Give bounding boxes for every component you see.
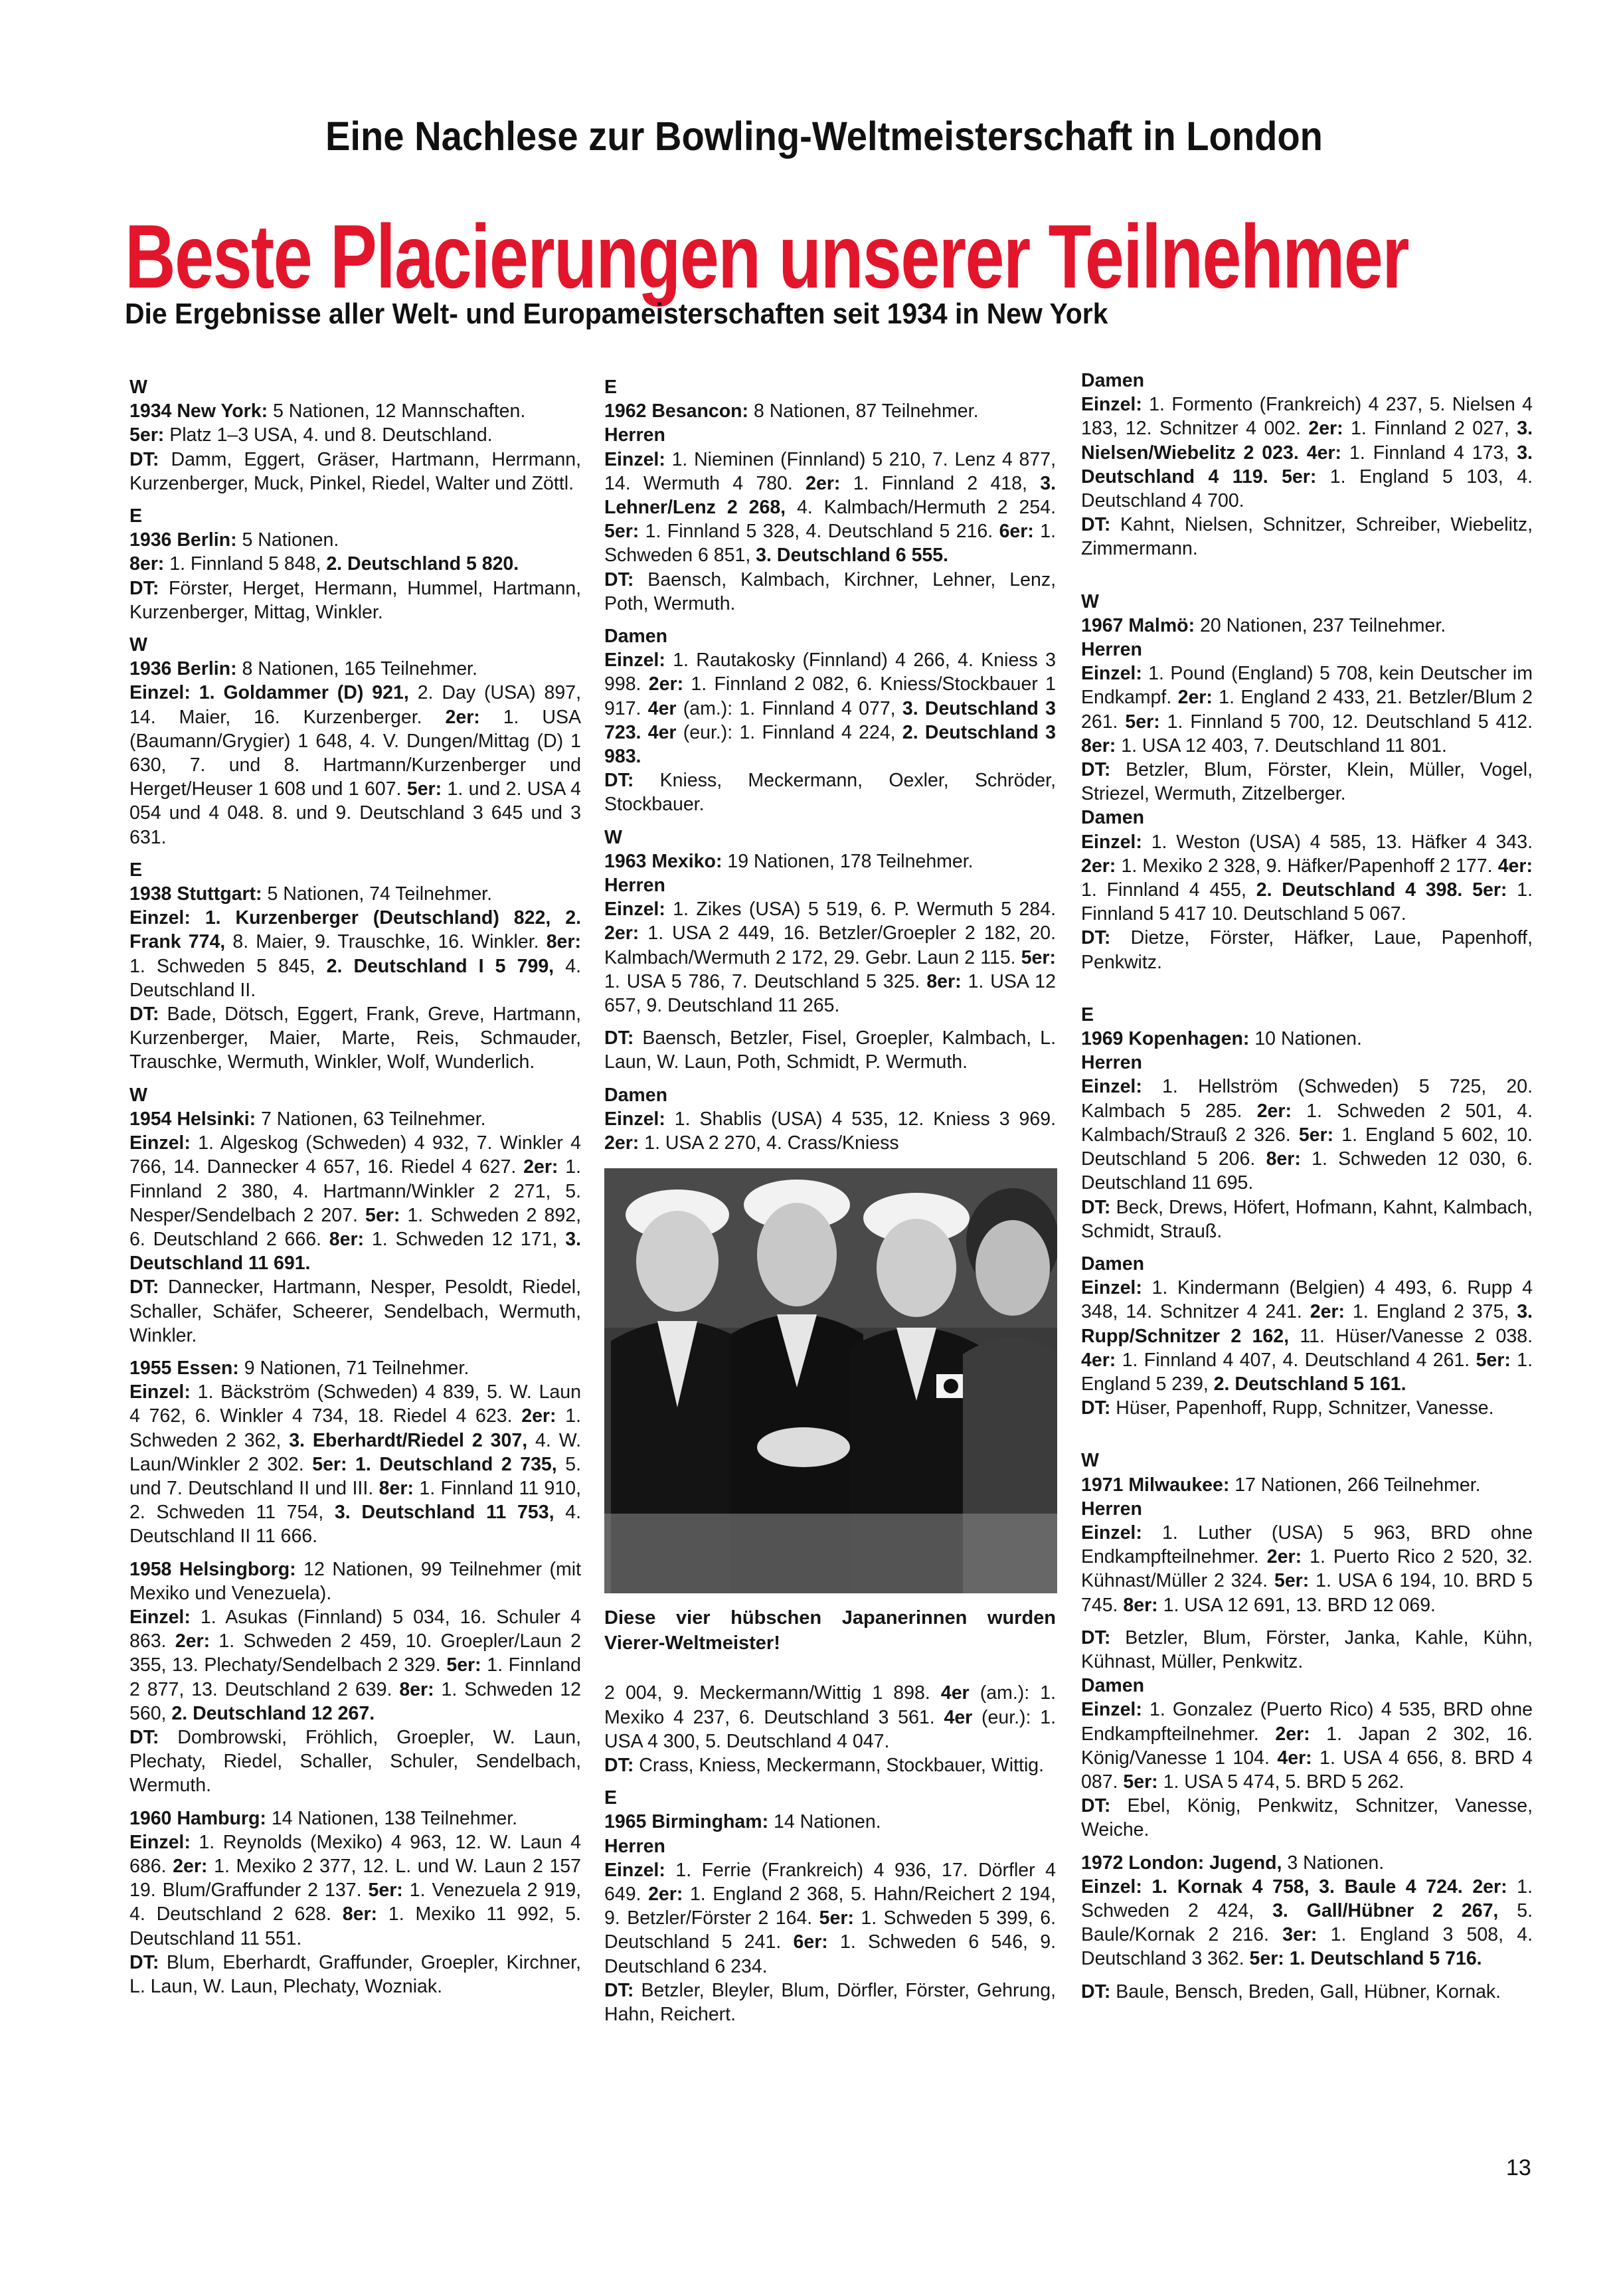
team-list: Dombrowski, Fröhlich, Groepler, W. Laun,… [129, 1727, 581, 1796]
team-list: Hüser, Papenhoff, Rupp, Schnitzer, Vanes… [1110, 1397, 1493, 1419]
column-right: Damen Einzel: 1. Formento (Frankreich) 4… [1081, 369, 1533, 2012]
entry-title: 1965 Birmingham: [604, 1811, 768, 1832]
team-photo [604, 1168, 1057, 1593]
team-list: Kniess, Meckermann, Oexler, Schröder, St… [604, 770, 1056, 815]
section-damen: Damen [1081, 370, 1144, 391]
dt-label: DT: [1081, 927, 1110, 948]
team-list: Baule, Bensch, Breden, Gall, Hübner, Kor… [1110, 1981, 1501, 2002]
team-list: Damm, Eggert, Gräser, Hartmann, Herrmann… [129, 449, 581, 494]
team-list: Ebel, König, Penkwitz, Schnitzer, Vaness… [1081, 1795, 1533, 1840]
entry-title: 1958 Helsingborg: [129, 1559, 296, 1580]
photo-illustration-icon [604, 1168, 1057, 1593]
dt-label: DT: [604, 1755, 634, 1776]
team-list: Beck, Drews, Höfert, Hofmann, Kahnt, Kal… [1081, 1197, 1533, 1242]
dt-label: DT: [129, 1004, 159, 1025]
championship-type-tag: W [1081, 1449, 1533, 1472]
championship-type-tag: E [129, 504, 581, 528]
entry-1960-hamburg: 1960 Hamburg: 14 Nationen, 138 Teilnehme… [129, 1807, 581, 1999]
championship-type-tag: E [604, 375, 1056, 399]
entry-title: 1938 Stuttgart: [129, 883, 262, 905]
entry-1934-new-york: W 1934 New York: 5 Nationen, 12 Mannscha… [129, 375, 581, 495]
team-list: Crass, Kniess, Meckermann, Stockbauer, W… [634, 1755, 1044, 1776]
section-herren: Herren [604, 875, 665, 896]
entry-1971-milwaukee: W 1971 Milwaukee: 17 Nationen, 266 Teiln… [1081, 1449, 1533, 1842]
section-damen: Damen [1081, 1253, 1144, 1275]
photo-caption: Diese vier hübschen Japanerinnen wurden … [604, 1605, 1056, 1656]
entry-1969-kopenhagen: E 1969 Kopenhagen: 10 Nationen. Herren E… [1081, 1003, 1533, 1420]
entry-title: 1934 New York: [129, 400, 268, 422]
championship-type-tag: W [1081, 590, 1533, 614]
championship-type-tag: E [604, 1786, 1056, 1810]
entry-1965-birmingham: E 1965 Birmingham: 14 Nationen. Herren E… [604, 1786, 1056, 2026]
entry-title: 1963 Mexiko: [604, 851, 722, 872]
dt-label: DT: [604, 569, 634, 590]
section-herren: Herren [1081, 639, 1142, 660]
entry-1972-london: 1972 London: Jugend, 3 Nationen. Einzel:… [1081, 1851, 1533, 2004]
championship-type-tag: E [129, 858, 581, 882]
entry-1936-berlin-world: W 1936 Berlin: 8 Nationen, 165 Teilnehme… [129, 633, 581, 849]
dt-label: DT: [604, 1980, 634, 2001]
article-subhead: Die Ergebnisse aller Welt- und Europamei… [125, 298, 1360, 331]
entry-title: 1936 Berlin: [129, 658, 237, 679]
championship-type-tag: W [129, 375, 581, 399]
dt-label: DT: [1081, 514, 1110, 535]
dt-label: DT: [1081, 1981, 1110, 2002]
section-herren: Herren [604, 1836, 665, 1857]
section-herren: Herren [604, 424, 665, 446]
entry-title: 1954 Helsinki: [129, 1108, 256, 1130]
entry-title: 1936 Berlin: [129, 529, 237, 551]
team-list: Baensch, Kalmbach, Kirchner, Lehner, Len… [604, 569, 1056, 614]
team-list: Bade, Dötsch, Eggert, Frank, Greve, Hart… [129, 1004, 581, 1073]
column-left: W 1934 New York: 5 Nationen, 12 Mannscha… [129, 375, 581, 2007]
section-damen: Damen [604, 1085, 667, 1106]
entry-title: 1967 Malmö: [1081, 615, 1195, 636]
dt-label: DT: [1081, 1197, 1110, 1218]
team-list: Baensch, Betzler, Fisel, Groepler, Kalmb… [604, 1027, 1056, 1073]
team-list: Kahnt, Nielsen, Schnitzer, Schreiber, Wi… [1081, 514, 1533, 559]
page-number: 13 [1506, 2155, 1531, 2181]
team-list: Dietze, Förster, Häfker, Laue, Papenhoff… [1081, 927, 1533, 972]
entry-1963-mexiko-continued: 2 004, 9. Meckermann/Wittig 1 898. 4er (… [604, 1681, 1056, 1777]
dt-label: DT: [604, 770, 634, 791]
dt-label: DT: [129, 578, 159, 599]
entry-1967-malmo: W 1967 Malmö: 20 Nationen, 237 Teilnehme… [1081, 590, 1533, 974]
championship-type-tag: W [604, 826, 1056, 849]
entry-1936-berlin-europe: E 1936 Berlin: 5 Nationen. 8er: 1. Finnl… [129, 504, 581, 624]
entry-1963-mexiko: W 1963 Mexiko: 19 Nationen, 178 Teilnehm… [604, 826, 1056, 1156]
championship-type-tag: W [129, 633, 581, 657]
dt-label: DT: [129, 449, 159, 470]
entry-title: 1962 Besancon: [604, 400, 748, 422]
article-headline: Beste Placierungen unserer Teilnehmer [125, 211, 1264, 302]
section-damen: Damen [1081, 1675, 1144, 1696]
section-damen: Damen [604, 626, 667, 647]
team-list: Dannecker, Hartmann, Nesper, Pesoldt, Ri… [129, 1277, 581, 1346]
dt-label: DT: [604, 1027, 634, 1049]
dt-label: DT: [129, 1727, 159, 1748]
section-damen: Damen [1081, 807, 1144, 828]
entry-title: 1971 Milwaukee: [1081, 1474, 1229, 1496]
section-herren: Herren [1081, 1052, 1142, 1073]
article-kicker: Eine Nachlese zur Bowling-Weltmeistersch… [325, 113, 1444, 159]
dt-label: DT: [1081, 1627, 1110, 1648]
team-list: Blum, Eberhardt, Graffunder, Groepler, K… [129, 1952, 581, 1997]
entry-title: 1972 London: Jugend, [1081, 1852, 1282, 1874]
dt-label: DT: [1081, 1397, 1110, 1419]
entry-1958-helsingborg: 1958 Helsingborg: 12 Nationen, 99 Teilne… [129, 1557, 581, 1798]
entry-1965-birmingham-damen: Damen Einzel: 1. Formento (Frankreich) 4… [1081, 369, 1533, 561]
entry-1938-stuttgart: E 1938 Stuttgart: 5 Nationen, 74 Teilneh… [129, 858, 581, 1075]
dt-label: DT: [1081, 759, 1110, 780]
championship-type-tag: W [129, 1083, 581, 1107]
entry-1954-helsinki: W 1954 Helsinki: 7 Nationen, 63 Teilnehm… [129, 1083, 581, 1348]
dt-label: DT: [129, 1952, 159, 1973]
dt-label: DT: [129, 1277, 159, 1298]
entry-title: 1960 Hamburg: [129, 1808, 266, 1829]
entry-title: 1955 Essen: [129, 1358, 239, 1379]
dt-label: DT: [1081, 1795, 1110, 1816]
team-list: Betzler, Blum, Förster, Janka, Kahle, Kü… [1081, 1627, 1533, 1672]
section-herren: Herren [1081, 1498, 1142, 1520]
team-list: Betzler, Bleyler, Blum, Dörfler, Förster… [604, 1980, 1056, 2025]
team-list: Betzler, Blum, Förster, Klein, Müller, V… [1081, 759, 1533, 804]
entry-1962-besancon: E 1962 Besancon: 8 Nationen, 87 Teilnehm… [604, 375, 1056, 817]
entry-1955-essen: 1955 Essen: 9 Nationen, 71 Teilnehmer. E… [129, 1356, 581, 1549]
column-middle: E 1962 Besancon: 8 Nationen, 87 Teilnehm… [604, 375, 1056, 2035]
championship-type-tag: E [1081, 1003, 1533, 1027]
entry-title: 1969 Kopenhagen: [1081, 1028, 1249, 1049]
team-list: Förster, Herget, Hermann, Hummel, Hartma… [129, 578, 581, 623]
